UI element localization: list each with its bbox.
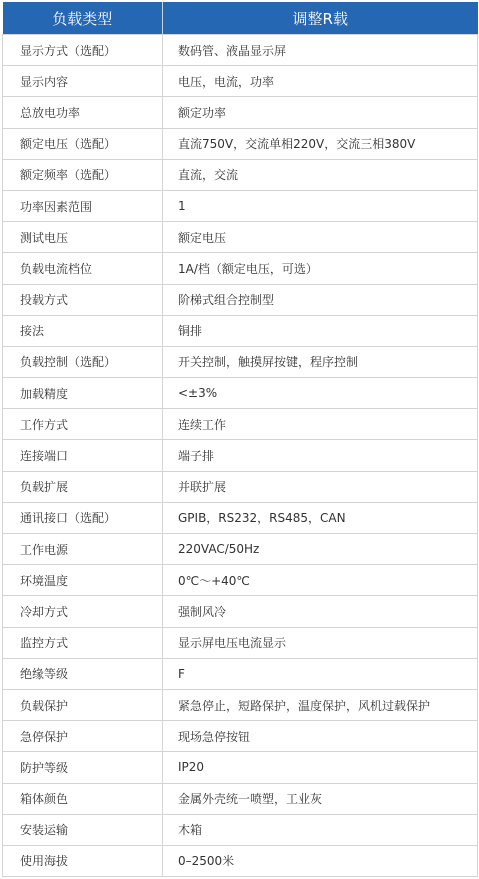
param-value: 金属外壳统一喷塑，工业灰 — [163, 783, 478, 814]
param-value: 阶梯式组合控制型 — [163, 284, 478, 315]
param-value: 显示屏电压电流显示 — [163, 627, 478, 658]
header-load-type: 负载类型 — [3, 2, 163, 35]
param-name: 功率因素范围 — [3, 190, 163, 221]
param-name: 负载扩展 — [3, 471, 163, 502]
param-value: 连续工作 — [163, 409, 478, 440]
table-row: 显示方式（选配）数码管、液晶显示屏 — [3, 35, 478, 66]
param-value: 木箱 — [163, 814, 478, 845]
param-value: 数码管、液晶显示屏 — [163, 35, 478, 66]
param-name: 显示内容 — [3, 66, 163, 97]
table-row: 负载扩展并联扩展 — [3, 471, 478, 502]
param-value: 紧急停止，短路保护，温度保护，风机过载保护 — [163, 689, 478, 720]
param-name: 冷却方式 — [3, 596, 163, 627]
table-row: 负载保护紧急停止，短路保护，温度保护，风机过载保护 — [3, 689, 478, 720]
param-value: <±3% — [163, 378, 478, 409]
table-row: 急停保护现场急停按钮 — [3, 721, 478, 752]
param-value: 直流，交流 — [163, 159, 478, 190]
param-name: 使用海拔 — [3, 845, 163, 876]
param-name: 投载方式 — [3, 284, 163, 315]
param-name: 监控方式 — [3, 627, 163, 658]
param-name: 加载精度 — [3, 378, 163, 409]
table-row: 额定频率（选配）直流，交流 — [3, 159, 478, 190]
param-value: F — [163, 658, 478, 689]
param-value: 220VAC/50Hz — [163, 534, 478, 565]
param-name: 额定频率（选配） — [3, 159, 163, 190]
param-value: 直流750V，交流单相220V，交流三相380V — [163, 128, 478, 159]
param-name: 通讯接口（选配） — [3, 502, 163, 533]
param-value: 0℃～+40℃ — [163, 565, 478, 596]
param-value: 0–2500米 — [163, 845, 478, 876]
param-name: 总放电功率 — [3, 97, 163, 128]
table-row: 防护等级IP20 — [3, 752, 478, 783]
param-name: 绝缘等级 — [3, 658, 163, 689]
param-value: 1A/档（额定电压，可选） — [163, 253, 478, 284]
table-header-row: 负载类型 调整R载 — [3, 2, 478, 35]
param-value: 铜排 — [163, 315, 478, 346]
table-row: 绝缘等级F — [3, 658, 478, 689]
param-name: 负载保护 — [3, 689, 163, 720]
param-value: 开关控制，触摸屏按键，程序控制 — [163, 346, 478, 377]
param-value: 额定电压 — [163, 222, 478, 253]
table-row: 监控方式显示屏电压电流显示 — [3, 627, 478, 658]
param-value: 并联扩展 — [163, 471, 478, 502]
param-name: 安装运输 — [3, 814, 163, 845]
param-value: 现场急停按钮 — [163, 721, 478, 752]
param-name: 环境温度 — [3, 565, 163, 596]
param-value: 强制风冷 — [163, 596, 478, 627]
table-body: 显示方式（选配）数码管、液晶显示屏显示内容电压，电流，功率总放电功率额定功率额定… — [3, 35, 478, 877]
table-row: 安装运输木箱 — [3, 814, 478, 845]
param-name: 工作电源 — [3, 534, 163, 565]
spec-table: 负载类型 调整R载 显示方式（选配）数码管、液晶显示屏显示内容电压，电流，功率总… — [2, 2, 478, 877]
table-row: 箱体颜色金属外壳统一喷塑，工业灰 — [3, 783, 478, 814]
table-row: 负载控制（选配）开关控制，触摸屏按键，程序控制 — [3, 346, 478, 377]
param-name: 防护等级 — [3, 752, 163, 783]
param-value: 端子排 — [163, 440, 478, 471]
param-value: 额定功率 — [163, 97, 478, 128]
param-name: 额定电压（选配） — [3, 128, 163, 159]
param-name: 箱体颜色 — [3, 783, 163, 814]
table-row: 测试电压额定电压 — [3, 222, 478, 253]
table-row: 连接端口端子排 — [3, 440, 478, 471]
table-row: 冷却方式强制风冷 — [3, 596, 478, 627]
param-name: 连接端口 — [3, 440, 163, 471]
table-row: 环境温度0℃～+40℃ — [3, 565, 478, 596]
table-row: 投载方式阶梯式组合控制型 — [3, 284, 478, 315]
param-value: 1 — [163, 190, 478, 221]
table-row: 额定电压（选配）直流750V，交流单相220V，交流三相380V — [3, 128, 478, 159]
param-name: 接法 — [3, 315, 163, 346]
table-row: 加载精度<±3% — [3, 378, 478, 409]
table-row: 工作电源220VAC/50Hz — [3, 534, 478, 565]
param-name: 负载电流档位 — [3, 253, 163, 284]
table-row: 总放电功率额定功率 — [3, 97, 478, 128]
table-row: 通讯接口（选配）GPIB，RS232，RS485，CAN — [3, 502, 478, 533]
table-row: 使用海拔0–2500米 — [3, 845, 478, 876]
header-adjustable-r-load: 调整R载 — [163, 2, 478, 35]
param-name: 工作方式 — [3, 409, 163, 440]
table-row: 功率因素范围1 — [3, 190, 478, 221]
param-name: 测试电压 — [3, 222, 163, 253]
param-value: 电压，电流，功率 — [163, 66, 478, 97]
table-row: 负载电流档位1A/档（额定电压，可选） — [3, 253, 478, 284]
param-name: 显示方式（选配） — [3, 35, 163, 66]
param-name: 负载控制（选配） — [3, 346, 163, 377]
param-value: IP20 — [163, 752, 478, 783]
param-value: GPIB，RS232，RS485，CAN — [163, 502, 478, 533]
param-name: 急停保护 — [3, 721, 163, 752]
table-row: 显示内容电压，电流，功率 — [3, 66, 478, 97]
table-row: 接法铜排 — [3, 315, 478, 346]
table-row: 工作方式连续工作 — [3, 409, 478, 440]
